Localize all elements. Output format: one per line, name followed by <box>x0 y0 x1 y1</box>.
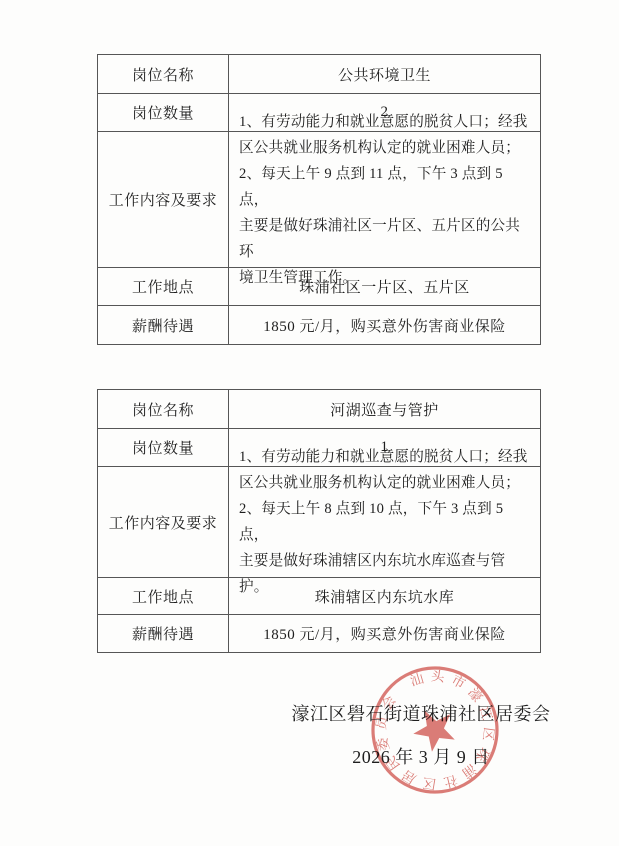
document-page: 岗位名称 公共环境卫生 岗位数量 2 工作内容及要求 1、有劳动能力和就业意愿的… <box>0 0 619 846</box>
signature-block: 濠江区礐石街道珠浦社区居委会 2026 年 3 月 9 日 <box>287 702 555 769</box>
issue-date: 2026 年 3 月 9 日 <box>287 745 555 769</box>
field-value-work-location: 珠浦社区一片区、五片区 <box>229 268 540 305</box>
field-label-position-name: 岗位名称 <box>98 390 229 428</box>
field-label-salary: 薪酬待遇 <box>98 615 229 652</box>
field-label-work-location: 工作地点 <box>98 578 229 614</box>
field-value-position-name: 公共环境卫生 <box>229 55 540 93</box>
field-value-position-name: 河湖巡查与管护 <box>229 390 540 428</box>
job-table-1: 岗位名称 公共环境卫生 岗位数量 2 工作内容及要求 1、有劳动能力和就业意愿的… <box>97 54 541 345</box>
field-label-work-location: 工作地点 <box>98 268 229 305</box>
table-row: 工作内容及要求 1、有劳动能力和就业意愿的脱贫人口；经我 区公共就业服务机构认定… <box>98 131 540 267</box>
table-row: 工作地点 珠浦社区一片区、五片区 <box>98 267 540 305</box>
field-value-salary: 1850 元/月，购买意外伤害商业保险 <box>229 615 540 652</box>
table-row: 薪酬待遇 1850 元/月，购买意外伤害商业保险 <box>98 614 540 652</box>
table-row: 工作地点 珠浦辖区内东坑水库 <box>98 577 540 614</box>
job-table-2: 岗位名称 河湖巡查与管护 岗位数量 1 工作内容及要求 1、有劳动能力和就业意愿… <box>97 389 541 653</box>
field-label-work-content: 工作内容及要求 <box>98 132 229 267</box>
field-label-work-content: 工作内容及要求 <box>98 467 229 577</box>
issuing-organization: 濠江区礐石街道珠浦社区居委会 <box>287 702 555 726</box>
table-row: 岗位名称 公共环境卫生 <box>98 55 540 93</box>
table-row: 薪酬待遇 1850 元/月，购买意外伤害商业保险 <box>98 305 540 344</box>
field-label-position-count: 岗位数量 <box>98 94 229 131</box>
field-value-work-location: 珠浦辖区内东坑水库 <box>229 578 540 614</box>
field-label-position-count: 岗位数量 <box>98 429 229 466</box>
field-label-position-name: 岗位名称 <box>98 55 229 93</box>
table-row: 工作内容及要求 1、有劳动能力和就业意愿的脱贫人口；经我 区公共就业服务机构认定… <box>98 466 540 577</box>
field-label-salary: 薪酬待遇 <box>98 306 229 344</box>
field-value-work-content: 1、有劳动能力和就业意愿的脱贫人口；经我 区公共就业服务机构认定的就业困难人员；… <box>229 132 540 267</box>
field-value-salary: 1850 元/月，购买意外伤害商业保险 <box>229 306 540 344</box>
field-value-work-content: 1、有劳动能力和就业意愿的脱贫人口；经我 区公共就业服务机构认定的就业困难人员；… <box>229 467 540 577</box>
table-row: 岗位名称 河湖巡查与管护 <box>98 390 540 428</box>
